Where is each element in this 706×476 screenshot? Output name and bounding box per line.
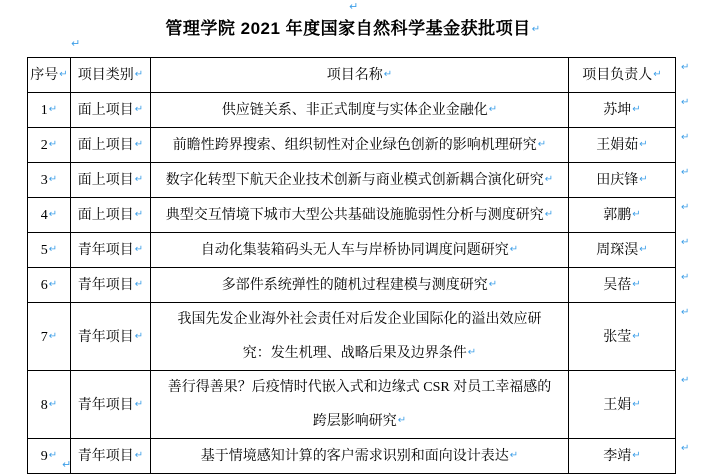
end-of-row-mark-icon: ↵ <box>681 444 689 454</box>
end-of-cell-mark-icon: ↵ <box>135 450 143 461</box>
cell-project-leader: 李靖↵ <box>569 439 676 474</box>
cell-project-leader: 王娟茹↵ <box>569 128 676 163</box>
cell-project-name: 供应链关系、非正式制度与实体企业金融化↵ <box>151 93 569 128</box>
cell-project-name: 多部件系统弹性的随机过程建模与测度研究↵ <box>151 268 569 303</box>
cell-category: 青年项目↵ <box>71 233 151 268</box>
paragraph-mark-icon: ↵ <box>62 459 71 470</box>
cell-category: 面上项目↵ <box>71 198 151 233</box>
table-header-row: 序号↵ 项目类别↵ 项目名称↵ 项目负责人↵ <box>28 58 676 93</box>
cell-project-leader: 王娟↵ <box>569 371 676 439</box>
end-of-cell-mark-icon: ↵ <box>384 69 392 80</box>
cell-index: 2↵ <box>28 128 71 163</box>
end-of-row-mark-icon: ↵ <box>681 133 689 143</box>
end-of-cell-mark-icon: ↵ <box>59 69 67 80</box>
end-of-cell-mark-icon: ↵ <box>49 209 57 220</box>
end-of-cell-mark-icon: ↵ <box>632 399 640 410</box>
cell-project-leader: 田庆锋↵ <box>569 163 676 198</box>
document-title: 管理学院 2021 年度国家自然科学基金获批项目 <box>165 19 530 38</box>
end-of-cell-mark-icon: ↵ <box>510 244 518 255</box>
end-of-cell-mark-icon: ↵ <box>489 279 497 290</box>
end-of-cell-mark-icon: ↵ <box>538 139 546 150</box>
end-of-cell-mark-icon: ↵ <box>632 450 640 461</box>
header-project-leader: 项目负责人↵ <box>569 58 676 93</box>
end-of-row-mark-icon: ↵ <box>681 63 689 73</box>
cell-project-leader: 苏坤↵ <box>569 93 676 128</box>
cell-category: 青年项目↵ <box>71 268 151 303</box>
end-of-cell-mark-icon: ↵ <box>49 104 57 115</box>
table-row: 7↵ 青年项目↵ 我国先发企业海外社会责任对后发企业国际化的溢出效应研 究：发生… <box>28 303 676 371</box>
header-index: 序号↵ <box>28 58 71 93</box>
end-of-cell-mark-icon: ↵ <box>510 450 518 461</box>
cell-project-name: 我国先发企业海外社会责任对后发企业国际化的溢出效应研 究：发生机理、战略后果及边… <box>151 303 569 371</box>
cell-project-leader: 周琛淏↵ <box>569 233 676 268</box>
end-of-cell-mark-icon: ↵ <box>632 279 640 290</box>
header-category: 项目类别↵ <box>71 58 151 93</box>
end-of-cell-mark-icon: ↵ <box>135 279 143 290</box>
paragraph-mark-icon: ↵ <box>532 24 541 35</box>
cell-index: 7↵ <box>28 303 71 371</box>
end-of-row-mark-icon: ↵ <box>681 98 689 108</box>
end-of-cell-mark-icon: ↵ <box>49 174 57 185</box>
paragraph-mark-icon: ↵ <box>349 1 358 12</box>
end-of-cell-mark-icon: ↵ <box>49 331 57 342</box>
end-of-cell-mark-icon: ↵ <box>135 331 143 342</box>
cell-index: 4↵ <box>28 198 71 233</box>
cell-index: 6↵ <box>28 268 71 303</box>
projects-table: 序号↵ 项目类别↵ 项目名称↵ 项目负责人↵ 1↵ 面上项目↵ 供应链关系、非正… <box>27 57 676 474</box>
cell-category: 面上项目↵ <box>71 128 151 163</box>
table-row: 9↵ 青年项目↵ 基于情境感知计算的客户需求识别和面向设计表达↵ 李靖↵ <box>28 439 676 474</box>
cell-project-name: 基于情境感知计算的客户需求识别和面向设计表达↵ <box>151 439 569 474</box>
cell-project-name: 自动化集装箱码头无人车与岸桥协同调度问题研究↵ <box>151 233 569 268</box>
cell-index: 8↵ <box>28 371 71 439</box>
end-of-cell-mark-icon: ↵ <box>545 174 553 185</box>
cell-project-leader: 吴蓓↵ <box>569 268 676 303</box>
cell-project-name: 典型交互情境下城市大型公共基础设施脆弱性分析与测度研究↵ <box>151 198 569 233</box>
table-row: 6↵ 青年项目↵ 多部件系统弹性的随机过程建模与测度研究↵ 吴蓓↵ <box>28 268 676 303</box>
end-of-cell-mark-icon: ↵ <box>49 244 57 255</box>
end-of-row-mark-icon: ↵ <box>681 376 689 386</box>
end-of-cell-mark-icon: ↵ <box>135 104 143 115</box>
table-row: 2↵ 面上项目↵ 前瞻性跨界搜索、组织韧性对企业绿色创新的影响机理研究↵ 王娟茹… <box>28 128 676 163</box>
cell-index: 1↵ <box>28 93 71 128</box>
header-project-name: 项目名称↵ <box>151 58 569 93</box>
cell-index: 3↵ <box>28 163 71 198</box>
end-of-cell-mark-icon: ↵ <box>135 399 143 410</box>
end-of-cell-mark-icon: ↵ <box>135 174 143 185</box>
cell-project-name: 数字化转型下航天企业技术创新与商业模式创新耦合演化研究↵ <box>151 163 569 198</box>
cell-category: 青年项目↵ <box>71 439 151 474</box>
end-of-cell-mark-icon: ↵ <box>545 209 553 220</box>
end-of-cell-mark-icon: ↵ <box>632 209 640 220</box>
end-of-row-mark-icon: ↵ <box>681 168 689 178</box>
end-of-cell-mark-icon: ↵ <box>49 139 57 150</box>
end-of-cell-mark-icon: ↵ <box>135 209 143 220</box>
paragraph-mark-icon: ↵ <box>71 38 80 49</box>
document-page: ↵ 管理学院 2021 年度国家自然科学基金获批项目↵ ↵ 序号↵ 项目类别↵ … <box>0 0 706 476</box>
end-of-cell-mark-icon: ↵ <box>639 139 647 150</box>
cell-category: 面上项目↵ <box>71 163 151 198</box>
end-of-cell-mark-icon: ↵ <box>632 331 640 342</box>
end-of-cell-mark-icon: ↵ <box>49 279 57 290</box>
table-row: 8↵ 青年项目↵ 善行得善果？后疫情时代嵌入式和边缘式 CSR 对员工幸福感的 … <box>28 371 676 439</box>
end-of-row-mark-icon: ↵ <box>681 273 689 283</box>
end-of-cell-mark-icon: ↵ <box>468 347 476 358</box>
end-of-cell-mark-icon: ↵ <box>49 450 57 461</box>
end-of-cell-mark-icon: ↵ <box>135 139 143 150</box>
end-of-cell-mark-icon: ↵ <box>639 174 647 185</box>
cell-project-name: 善行得善果？后疫情时代嵌入式和边缘式 CSR 对员工幸福感的 跨层影响研究↵ <box>151 371 569 439</box>
cell-category: 面上项目↵ <box>71 93 151 128</box>
end-of-cell-mark-icon: ↵ <box>489 104 497 115</box>
end-of-cell-mark-icon: ↵ <box>49 399 57 410</box>
cell-project-leader: 郭鹏↵ <box>569 198 676 233</box>
end-of-row-mark-icon: ↵ <box>681 308 689 318</box>
end-of-row-mark-icon: ↵ <box>681 238 689 248</box>
table-row: 4↵ 面上项目↵ 典型交互情境下城市大型公共基础设施脆弱性分析与测度研究↵ 郭鹏… <box>28 198 676 233</box>
end-of-row-mark-icon: ↵ <box>681 203 689 213</box>
cell-category: 青年项目↵ <box>71 303 151 371</box>
table-row: 3↵ 面上项目↵ 数字化转型下航天企业技术创新与商业模式创新耦合演化研究↵ 田庆… <box>28 163 676 198</box>
cell-project-name: 前瞻性跨界搜索、组织韧性对企业绿色创新的影响机理研究↵ <box>151 128 569 163</box>
table-row: 5↵ 青年项目↵ 自动化集装箱码头无人车与岸桥协同调度问题研究↵ 周琛淏↵ <box>28 233 676 268</box>
end-of-cell-mark-icon: ↵ <box>639 244 647 255</box>
end-of-cell-mark-icon: ↵ <box>135 69 143 80</box>
end-of-cell-mark-icon: ↵ <box>398 415 406 426</box>
end-of-cell-mark-icon: ↵ <box>135 244 143 255</box>
cell-project-leader: 张莹↵ <box>569 303 676 371</box>
end-of-cell-mark-icon: ↵ <box>632 104 640 115</box>
document-title-row: 管理学院 2021 年度国家自然科学基金获批项目↵ <box>0 14 706 39</box>
cell-index: 5↵ <box>28 233 71 268</box>
end-of-cell-mark-icon: ↵ <box>653 69 661 80</box>
table-row: 1↵ 面上项目↵ 供应链关系、非正式制度与实体企业金融化↵ 苏坤↵ <box>28 93 676 128</box>
cell-category: 青年项目↵ <box>71 371 151 439</box>
